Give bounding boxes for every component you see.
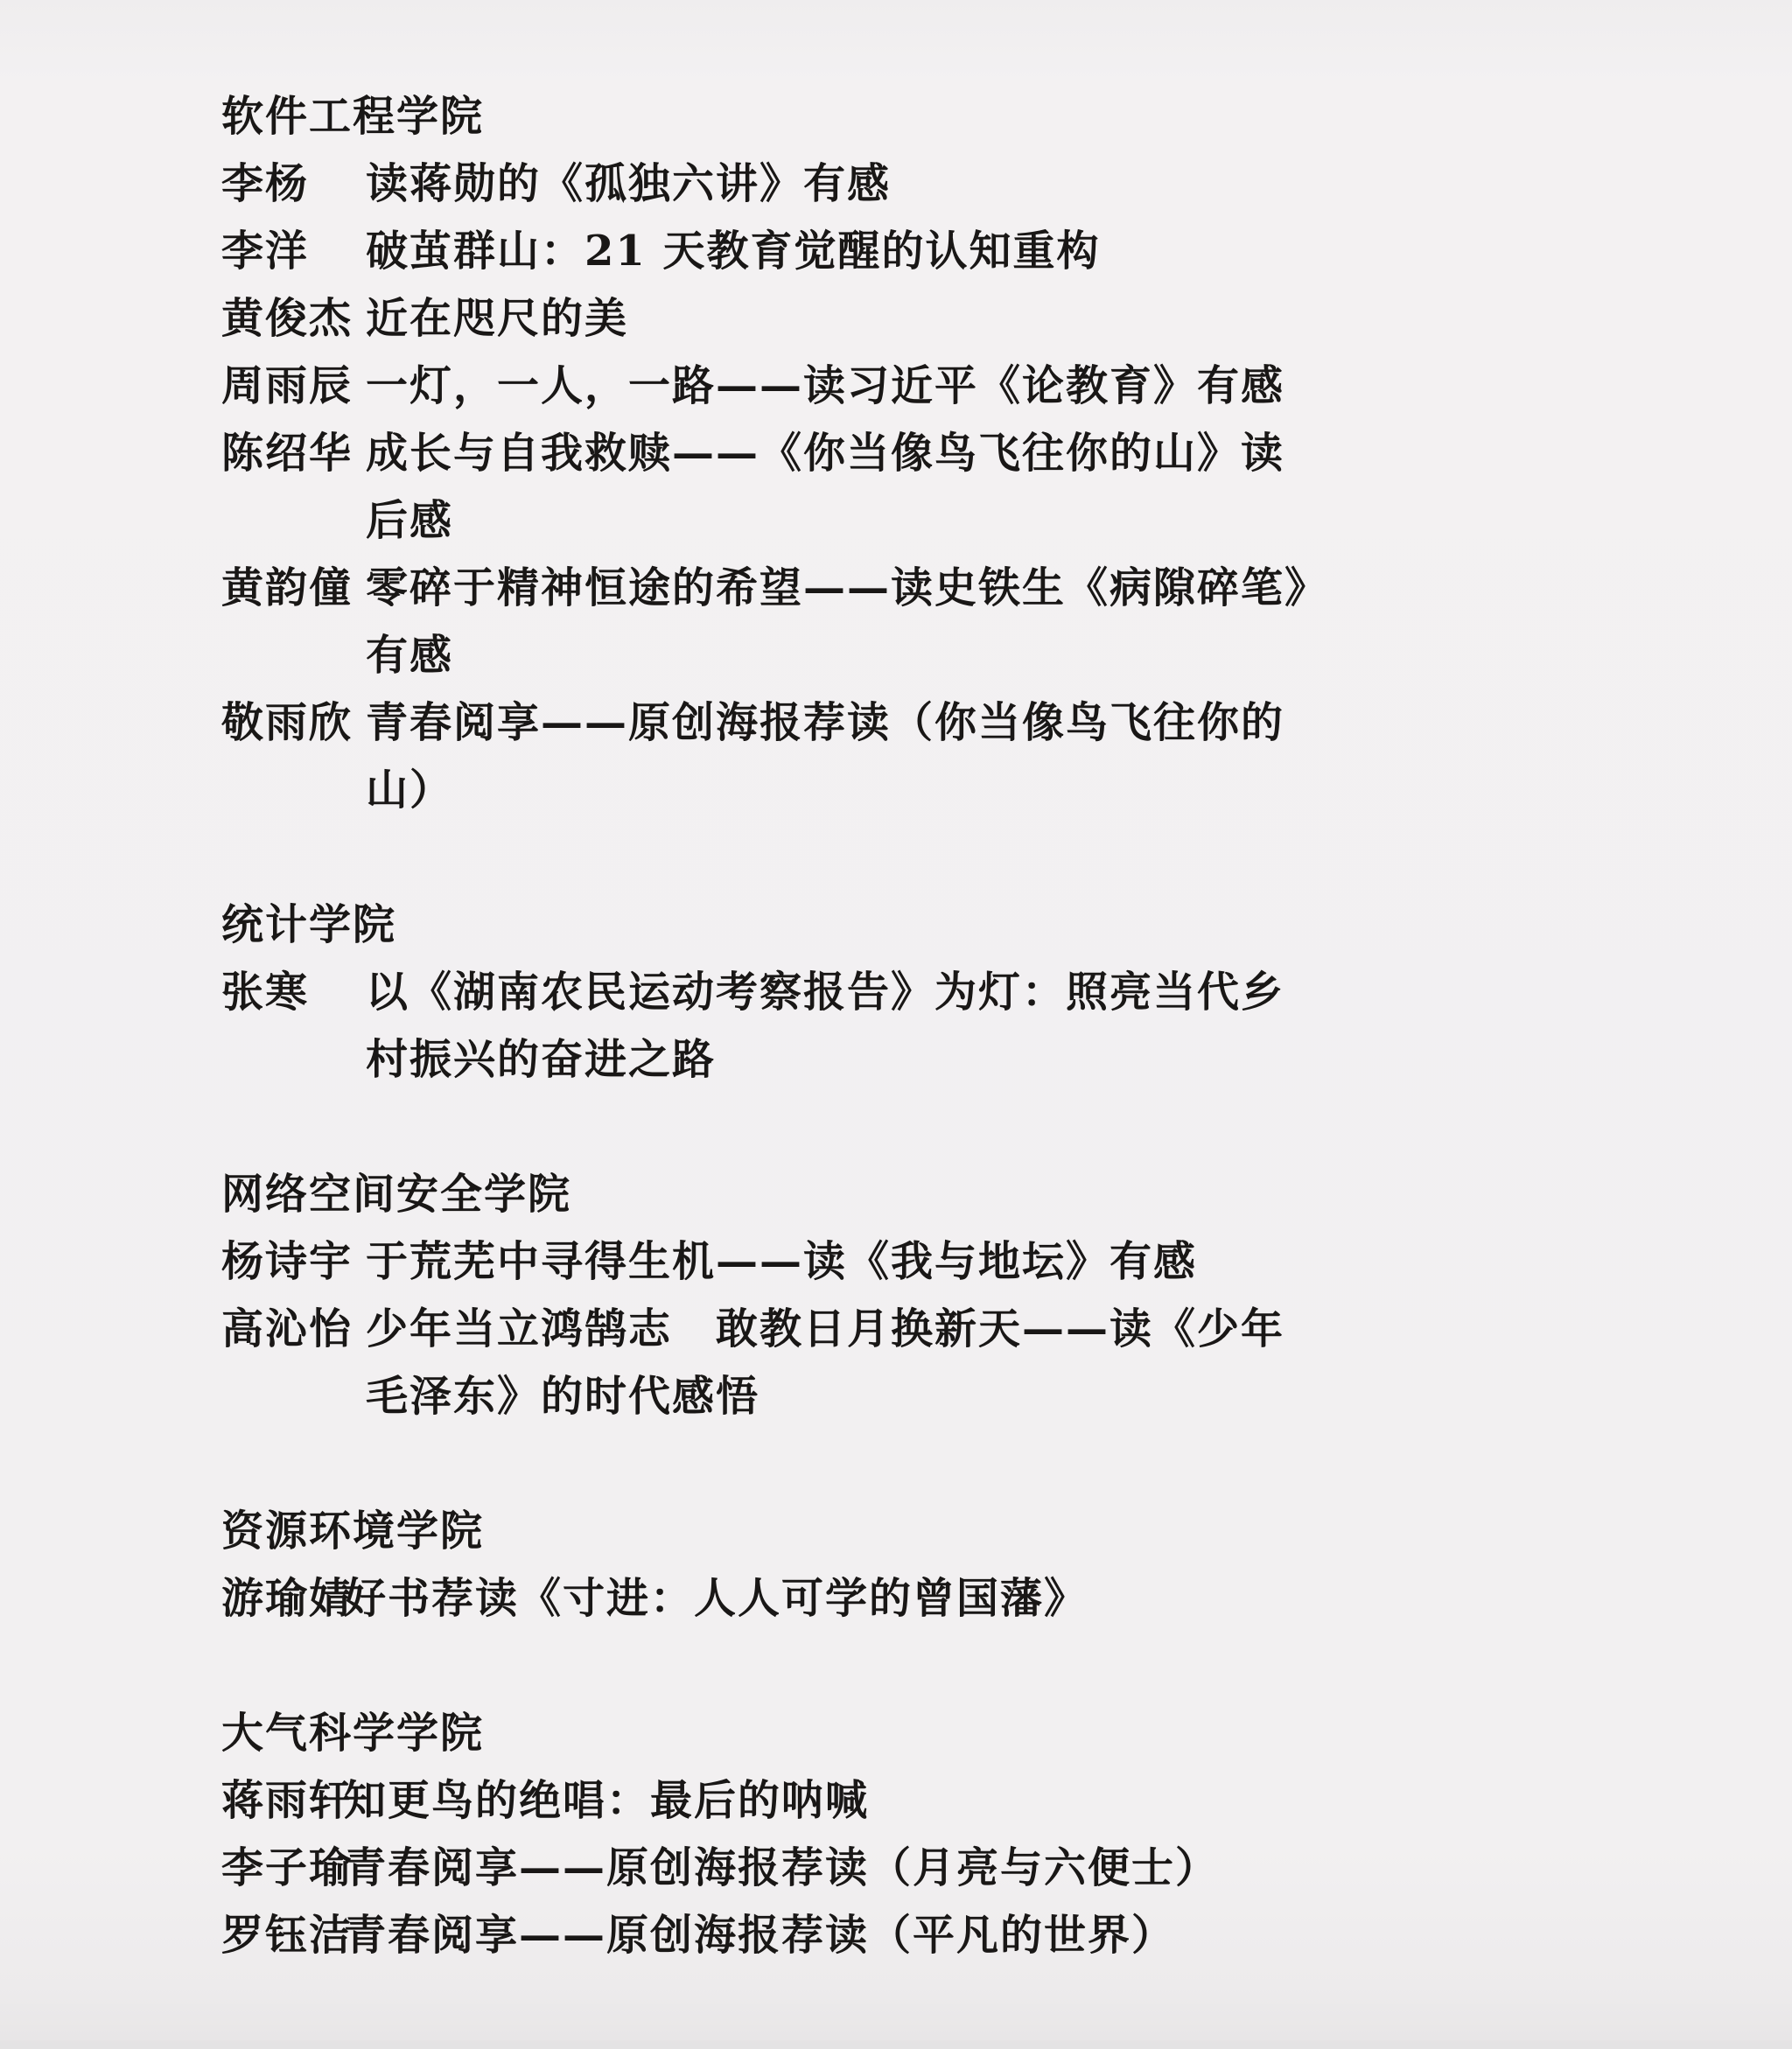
work-title-line: 村振兴的奋进之路 xyxy=(366,1026,1669,1094)
work-title: 以《湖南农民运动考察报告》为灯：照亮当代乡村振兴的奋进之路 xyxy=(366,959,1669,1094)
student-name: 周雨辰 xyxy=(221,353,366,420)
work-title-line: 青春阅享——原创海报荐读（平凡的世界） xyxy=(344,1902,1669,1969)
work-title-line: 知更鸟的绝唱：最后的呐喊 xyxy=(344,1767,1669,1835)
entry-row: 周雨辰一灯，一人，一路——读习近平《论教育》有感 xyxy=(221,353,1669,420)
student-name: 高沁怡 xyxy=(221,1296,366,1363)
scanned-document-page: 软件工程学院李杨读蒋勋的《孤独六讲》有感李洋破茧群山：21 天教育觉醒的认知重构… xyxy=(0,0,1792,2049)
entry-row: 李洋破茧群山：21 天教育觉醒的认知重构 xyxy=(221,218,1669,285)
entry-row: 黄俊杰近在咫尺的美 xyxy=(221,285,1669,353)
college-section: 大气科学学院蒋雨轩知更鸟的绝唱：最后的呐喊李子瑜青春阅享——原创海报荐读（月亮与… xyxy=(221,1700,1669,1969)
college-heading: 软件工程学院 xyxy=(221,83,1669,150)
work-title: 成长与自我救赎——《你当像鸟飞往你的山》读后感 xyxy=(366,420,1669,555)
entry-row: 游瑜婧好书荐读《寸进：人人可学的曾国藩》 xyxy=(221,1565,1669,1633)
college-heading: 网络空间安全学院 xyxy=(221,1161,1669,1228)
student-name: 蒋雨轩 xyxy=(221,1767,344,1835)
college-section: 资源环境学院游瑜婧好书荐读《寸进：人人可学的曾国藩》 xyxy=(221,1498,1669,1633)
work-title-line: 青春阅享——原创海报荐读（月亮与六便士） xyxy=(344,1835,1669,1902)
student-name: 李杨 xyxy=(221,150,366,218)
entry-row: 李子瑜青春阅享——原创海报荐读（月亮与六便士） xyxy=(221,1835,1669,1902)
student-name: 游瑜婧 xyxy=(221,1565,344,1633)
work-title: 一灯，一人，一路——读习近平《论教育》有感 xyxy=(366,353,1669,420)
college-heading: 统计学院 xyxy=(221,892,1669,959)
work-title: 知更鸟的绝唱：最后的呐喊 xyxy=(344,1767,1669,1835)
work-title-line: 一灯，一人，一路——读习近平《论教育》有感 xyxy=(366,353,1669,420)
college-section: 软件工程学院李杨读蒋勋的《孤独六讲》有感李洋破茧群山：21 天教育觉醒的认知重构… xyxy=(221,83,1669,824)
work-title-line: 少年当立鸿鹄志 敢教日月换新天——读《少年 xyxy=(366,1296,1669,1363)
student-name: 罗钰洁 xyxy=(221,1902,344,1969)
work-title: 于荒芜中寻得生机——读《我与地坛》有感 xyxy=(366,1228,1669,1296)
student-name: 杨诗宇 xyxy=(221,1228,366,1296)
work-title-line: 以《湖南农民运动考察报告》为灯：照亮当代乡 xyxy=(366,959,1669,1026)
work-title-line: 成长与自我救赎——《你当像鸟飞往你的山》读 xyxy=(366,420,1669,487)
work-title-line: 青春阅享——原创海报荐读（你当像鸟飞往你的 xyxy=(366,689,1669,757)
work-title: 好书荐读《寸进：人人可学的曾国藩》 xyxy=(344,1565,1669,1633)
entry-row: 陈绍华成长与自我救赎——《你当像鸟飞往你的山》读后感 xyxy=(221,420,1669,555)
award-list: 软件工程学院李杨读蒋勋的《孤独六讲》有感李洋破茧群山：21 天教育觉醒的认知重构… xyxy=(221,83,1669,1969)
college-section: 网络空间安全学院杨诗宇于荒芜中寻得生机——读《我与地坛》有感高沁怡少年当立鸿鹄志… xyxy=(221,1161,1669,1430)
work-title: 零碎于精神恒途的希望——读史铁生《病隙碎笔》有感 xyxy=(366,555,1669,689)
entry-row: 张寒以《湖南农民运动考察报告》为灯：照亮当代乡村振兴的奋进之路 xyxy=(221,959,1669,1094)
entry-row: 黄韵僮零碎于精神恒途的希望——读史铁生《病隙碎笔》有感 xyxy=(221,555,1669,689)
work-title-line: 毛泽东》的时代感悟 xyxy=(366,1363,1669,1430)
work-title-line: 零碎于精神恒途的希望——读史铁生《病隙碎笔》 xyxy=(366,555,1669,622)
work-title-line: 于荒芜中寻得生机——读《我与地坛》有感 xyxy=(366,1228,1669,1296)
college-heading: 资源环境学院 xyxy=(221,1498,1669,1565)
work-title: 破茧群山：21 天教育觉醒的认知重构 xyxy=(366,218,1669,285)
entry-row: 杨诗宇于荒芜中寻得生机——读《我与地坛》有感 xyxy=(221,1228,1669,1296)
work-title: 青春阅享——原创海报荐读（平凡的世界） xyxy=(344,1902,1669,1969)
work-title-line: 有感 xyxy=(366,622,1669,689)
entry-row: 敬雨欣青春阅享——原创海报荐读（你当像鸟飞往你的山） xyxy=(221,689,1669,824)
student-name: 黄俊杰 xyxy=(221,285,366,353)
entry-row: 高沁怡少年当立鸿鹄志 敢教日月换新天——读《少年毛泽东》的时代感悟 xyxy=(221,1296,1669,1430)
student-name: 李子瑜 xyxy=(221,1835,344,1902)
work-title-line: 好书荐读《寸进：人人可学的曾国藩》 xyxy=(344,1565,1669,1633)
work-title-line: 后感 xyxy=(366,487,1669,555)
college-section: 统计学院张寒以《湖南农民运动考察报告》为灯：照亮当代乡村振兴的奋进之路 xyxy=(221,892,1669,1094)
student-name: 李洋 xyxy=(221,218,366,285)
student-name: 张寒 xyxy=(221,959,366,1026)
entry-row: 李杨读蒋勋的《孤独六讲》有感 xyxy=(221,150,1669,218)
work-title: 青春阅享——原创海报荐读（月亮与六便士） xyxy=(344,1835,1669,1902)
college-heading: 大气科学学院 xyxy=(221,1700,1669,1767)
work-title: 青春阅享——原创海报荐读（你当像鸟飞往你的山） xyxy=(366,689,1669,824)
work-title: 读蒋勋的《孤独六讲》有感 xyxy=(366,150,1669,218)
work-title: 近在咫尺的美 xyxy=(366,285,1669,353)
work-title-line: 破茧群山：21 天教育觉醒的认知重构 xyxy=(366,218,1669,285)
student-name: 敬雨欣 xyxy=(221,689,366,757)
work-title: 少年当立鸿鹄志 敢教日月换新天——读《少年毛泽东》的时代感悟 xyxy=(366,1296,1669,1430)
entry-row: 罗钰洁青春阅享——原创海报荐读（平凡的世界） xyxy=(221,1902,1669,1969)
student-name: 陈绍华 xyxy=(221,420,366,487)
entry-row: 蒋雨轩知更鸟的绝唱：最后的呐喊 xyxy=(221,1767,1669,1835)
work-title-line: 山） xyxy=(366,757,1669,824)
work-title-line: 读蒋勋的《孤独六讲》有感 xyxy=(366,150,1669,218)
work-title-line: 近在咫尺的美 xyxy=(366,285,1669,353)
student-name: 黄韵僮 xyxy=(221,555,366,622)
